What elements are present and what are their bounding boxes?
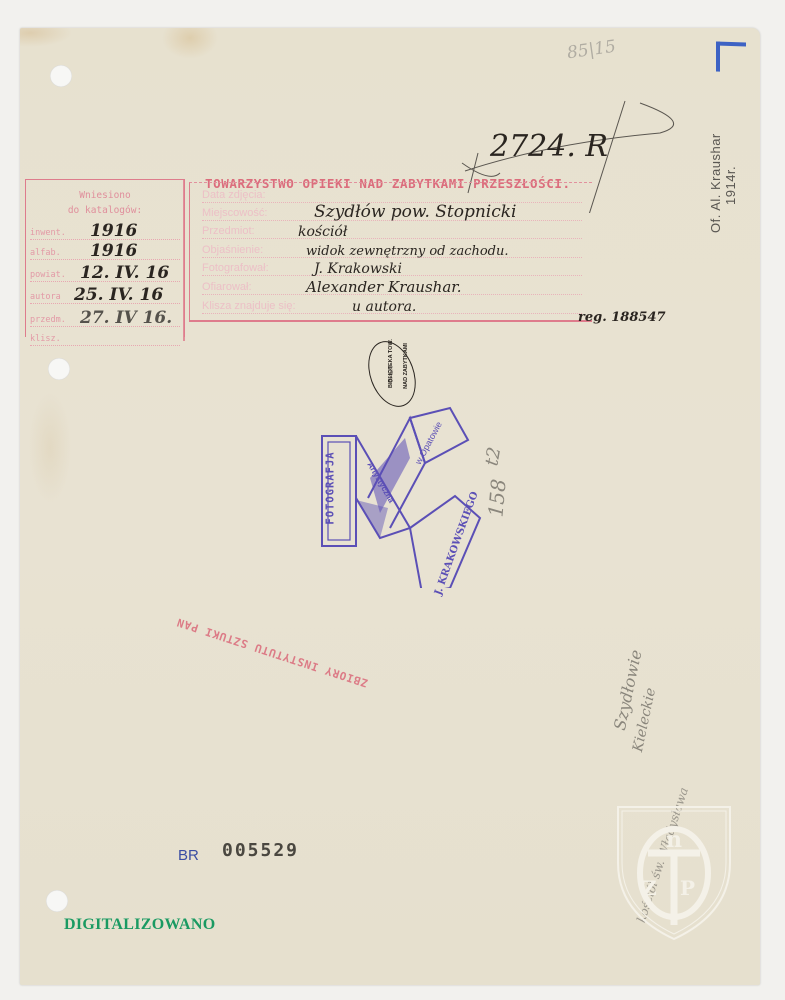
br-number: 005529 xyxy=(222,840,299,861)
catalog-value: 1916 xyxy=(90,241,137,261)
catalog-label: klisz. xyxy=(30,334,61,344)
photo-info-box: Data zdjęcia: Miejscowość: Szydłów pow. … xyxy=(189,182,592,322)
info-value: u autora. xyxy=(352,299,416,315)
emblem-watermark: n Z P xyxy=(614,803,734,943)
info-row: Ofiarował: Alexander Kraushar. xyxy=(202,277,582,295)
info-row: Przedmiot: kościół xyxy=(202,221,582,239)
catalog-row: alfab. 1916 xyxy=(30,240,180,260)
library-stamp-line3: NAD ZABYTKAMI xyxy=(403,349,409,389)
catalog-row: powiat. 12. IV. 16 xyxy=(30,262,180,282)
svg-text:P: P xyxy=(680,876,695,900)
catalog-value: 27. IV 16. xyxy=(80,308,172,328)
punch-hole-top xyxy=(50,65,72,87)
info-label: Klisza znajduje się: xyxy=(202,300,296,312)
registration-number: reg. 188547 xyxy=(578,310,666,325)
catalog-value: 25. IV. 16 xyxy=(74,285,163,305)
catalog-row: przedm. 27. IV 16. xyxy=(30,307,180,327)
catalog-label: przedm. xyxy=(30,315,66,325)
photographer-stamp: FOTOGRAFJA Artystyczna w Opatowie J. KRA… xyxy=(310,388,500,588)
info-row: Objaśnienie: widok zewnętrzny od zachodu… xyxy=(202,240,582,258)
photographer-stamp-box-text: FOTOGRAFJA xyxy=(325,451,337,524)
info-label: Data zdjęcia: xyxy=(202,189,266,201)
catalog-number: 2724. R xyxy=(490,129,608,164)
catalog-heading-1: Wniesiono xyxy=(26,189,184,202)
pencil-number: 158 xyxy=(483,478,510,518)
catalog-box-right-border xyxy=(183,179,185,341)
svg-text:Z: Z xyxy=(642,876,657,900)
catalog-row: klisz. xyxy=(30,326,180,346)
info-label: Fotografował: xyxy=(202,262,269,274)
catalog-row: inwent. 1916 xyxy=(30,220,180,240)
info-label: Przedmiot: xyxy=(202,225,255,237)
br-label: BR xyxy=(178,847,199,864)
catalog-entry-box: Wniesiono do katalogów: inwent. 1916 alf… xyxy=(25,179,185,337)
catalog-value: 1916 xyxy=(90,221,137,241)
info-value: Alexander Kraushar. xyxy=(306,278,462,296)
info-label: Miejscowość: xyxy=(202,207,267,219)
record-card: 85|15 2724. R Of. Al. Kraushar 1914r. TO… xyxy=(20,28,760,985)
info-value: kościół xyxy=(298,224,347,240)
info-value: widok zewnętrzny od zachodu. xyxy=(306,244,509,259)
info-row: Klisza znajduje się: u autora. xyxy=(202,296,582,314)
author-side-label-line2: 1914r. xyxy=(723,83,738,233)
catalog-label: alfab. xyxy=(30,248,61,258)
punch-hole-middle xyxy=(48,358,70,380)
info-row: Data zdjęcia: xyxy=(202,185,582,203)
info-value: Szydłów pow. Stopnicki xyxy=(314,202,517,222)
catalog-row: autora 25. IV. 16 xyxy=(30,284,180,304)
library-stamp-line2: OPIEKI xyxy=(388,366,394,383)
info-label: Ofiarował: xyxy=(202,281,252,293)
info-row: Fotografował: J. Krakowski xyxy=(202,258,582,276)
catalog-heading-2: do katalogów: xyxy=(26,204,184,217)
info-label: Objaśnienie: xyxy=(202,244,263,256)
pencil-mark: t2 xyxy=(481,445,505,467)
info-row: Miejscowość: Szydłów pow. Stopnicki xyxy=(202,203,582,221)
shield-emblem-icon: n Z P xyxy=(614,803,734,943)
catalog-value: 12. IV. 16 xyxy=(80,263,169,283)
institute-stamp: ZBIORY INSTYTUTU SZTUKI PAN xyxy=(175,615,370,689)
author-side-label: Of. Al. Kraushar 1914r. xyxy=(708,83,738,233)
digitized-stamp: DIGITALIZOWANO xyxy=(64,916,216,934)
catalog-label: autora xyxy=(30,292,61,302)
punch-hole-bottom xyxy=(46,890,68,912)
catalog-label: powiat. xyxy=(30,270,66,280)
author-side-label-line1: Of. Al. Kraushar xyxy=(708,83,723,233)
ribbon-stamp-icon xyxy=(310,388,500,588)
svg-text:n: n xyxy=(666,827,682,853)
info-value: J. Krakowski xyxy=(314,261,402,277)
catalog-label: inwent. xyxy=(30,228,66,238)
blue-pencil-mark xyxy=(716,41,746,72)
pencil-note-top: 85|15 xyxy=(566,37,617,64)
